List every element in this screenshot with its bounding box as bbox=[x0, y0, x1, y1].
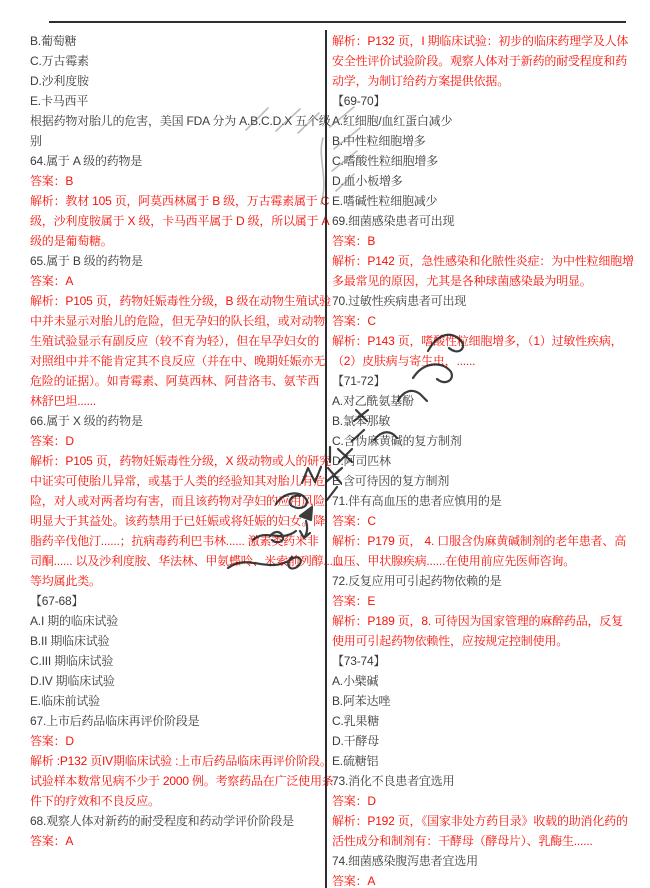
option-line: A.小檗碱 bbox=[332, 671, 644, 691]
option-line: E.卡马西平 bbox=[30, 91, 324, 111]
option-line: A.红细胞/血红蛋白减少 bbox=[332, 111, 644, 131]
answer-line: 答案：E bbox=[332, 591, 644, 611]
option-line: A.对乙酰氨基酚 bbox=[332, 391, 644, 411]
answer-line: 答案：A bbox=[30, 271, 324, 291]
question-line: 65.属于 B 级的药物是 bbox=[30, 251, 324, 271]
analysis-line: 件下的疗效和不良反应。 bbox=[30, 791, 324, 811]
option-line: B.氯苯那敏 bbox=[332, 411, 644, 431]
analysis-line: 动学，为制订给药方案提供依据。 bbox=[332, 71, 644, 91]
option-line: D.IV 期临床试验 bbox=[30, 671, 324, 691]
analysis-line: 安全性评价试验阶段。观察人体对于新药的耐受程度和药 bbox=[332, 51, 644, 71]
analysis-line: 司酮...... 以及沙利度胺、华法林、甲氨蝶呤、米索前列醇...... bbox=[30, 551, 324, 571]
question-line: 69.细菌感染患者可出现 bbox=[332, 211, 644, 231]
analysis-line: 脂药辛伐他汀......；抗病毒药利巴韦林...... 激素类药米非 bbox=[30, 531, 324, 551]
analysis-line: 对照组中并不能肯定其不良反应（并在中、晚期妊娠亦无 bbox=[30, 351, 324, 371]
analysis-line: 险，对人或对两者均有害，而且该药物对孕妇的应用风险 bbox=[30, 491, 324, 511]
answer-line: 答案：B bbox=[332, 231, 644, 251]
analysis-line: 解析：P105 页，药物妊娠毒性分级，X 级动物或人的研究 bbox=[30, 451, 324, 471]
analysis-line: 解析：P192 页，《国家非处方药目录》收载的助消化药的 bbox=[332, 811, 644, 831]
analysis-line: 解析：P132 页，I 期临床试验：初步的临床药理学及人体 bbox=[332, 31, 644, 51]
question-line: 68.观察人体对新药的耐受程度和药动学评价阶段是 bbox=[30, 811, 324, 831]
question-line: 73.消化不良患者宜选用 bbox=[332, 771, 644, 791]
analysis-line: 中证实可使胎儿异常，或基于人类的经验知其对胎儿有危 bbox=[30, 471, 324, 491]
group-line: 【67-68】 bbox=[30, 591, 324, 611]
question-line: 70.过敏性疾病患者可出现 bbox=[332, 291, 644, 311]
group-line: 【71-72】 bbox=[332, 371, 644, 391]
analysis-line: 多最常见的原因，尤其是各种球菌感染最为明显。 bbox=[332, 271, 644, 291]
option-line: D.干酵母 bbox=[332, 731, 644, 751]
option-line: D.沙利度胺 bbox=[30, 71, 324, 91]
answer-line: 答案：D bbox=[30, 431, 324, 451]
analysis-line: 使用可引起药物依赖性，应按规定控制使用。 bbox=[332, 631, 644, 651]
column-divider bbox=[325, 30, 327, 888]
analysis-line: 血压、甲状腺疾病......在使用前应先医师咨询。 bbox=[332, 551, 644, 571]
page-top-rule bbox=[49, 21, 626, 23]
analysis-line: 解析：P189 页，8. 可待因为国家管理的麻醉药品，反复 bbox=[332, 611, 644, 631]
answer-line: 答案：D bbox=[30, 731, 324, 751]
option-line: E.临床前试验 bbox=[30, 691, 324, 711]
analysis-line: 解析：P143 页，嗜酸性粒细胞增多，（1）过敏性疾病， bbox=[332, 331, 644, 351]
analysis-line: 级，沙利度胺属于 X 级，卡马西平属于 D 级，所以属于 A bbox=[30, 211, 324, 231]
question-line: 67.上市后药品临床再评价阶段是 bbox=[30, 711, 324, 731]
option-line: E.嗜碱性粒细胞减少 bbox=[332, 191, 644, 211]
question-line: 74.细菌感染腹泻患者宜选用 bbox=[332, 851, 644, 871]
stem-line: 别 bbox=[30, 131, 324, 151]
left-column: B.葡萄糖C.万古霉素D.沙利度胺E.卡马西平根据药物对胎儿的危害，美国 FDA… bbox=[30, 31, 324, 851]
option-line: B.中性粒细胞增多 bbox=[332, 131, 644, 151]
analysis-line: 林舒巴坦...... bbox=[30, 391, 324, 411]
option-line: B.阿苯达唑 bbox=[332, 691, 644, 711]
stem-line: 根据药物对胎儿的危害，美国 FDA 分为 A.B.C.D.X 五个级 bbox=[30, 111, 324, 131]
option-line: D.血小板增多 bbox=[332, 171, 644, 191]
option-line: D.阿司匹林 bbox=[332, 451, 644, 471]
analysis-line: （2）皮肤病与寄生虫，...... bbox=[332, 351, 644, 371]
group-line: 【73-74】 bbox=[332, 651, 644, 671]
analysis-line: 明显大于其益处。该药禁用于已妊娠或将妊娠的妇女。降 bbox=[30, 511, 324, 531]
analysis-line: 生殖试验显示有副反应（较不育为轻），但在早孕妇女的 bbox=[30, 331, 324, 351]
option-line: A.I 期的临床试验 bbox=[30, 611, 324, 631]
analysis-line: 活性成分和制剂有：干酵母（酵母片）、乳酶生...... bbox=[332, 831, 644, 851]
option-line: B.II 期临床试验 bbox=[30, 631, 324, 651]
answer-line: 答案：A bbox=[30, 831, 324, 851]
analysis-line: 等均属此类。 bbox=[30, 571, 324, 591]
answer-line: 答案：A bbox=[332, 871, 644, 888]
option-line: B.葡萄糖 bbox=[30, 31, 324, 51]
right-column: 解析：P132 页，I 期临床试验：初步的临床药理学及人体安全性评价试验阶段。观… bbox=[332, 31, 644, 888]
answer-line: 答案：C bbox=[332, 311, 644, 331]
answer-line: 答案：B bbox=[30, 171, 324, 191]
option-line: C.万古霉素 bbox=[30, 51, 324, 71]
group-line: 【69-70】 bbox=[332, 91, 644, 111]
question-line: 64.属于 A 级的药物是 bbox=[30, 151, 324, 171]
option-line: C.III 期临床试验 bbox=[30, 651, 324, 671]
option-line: E.含可待因的复方制剂 bbox=[332, 471, 644, 491]
question-line: 72.反复应用可引起药物依赖的是 bbox=[332, 571, 644, 591]
option-line: C.嗜酸性粒细胞增多 bbox=[332, 151, 644, 171]
option-line: E.硫糖铝 bbox=[332, 751, 644, 771]
analysis-line: 危险的证据）。如青霉素、阿莫西林、阿昔洛韦、氨苄西 bbox=[30, 371, 324, 391]
question-line: 71.伴有高血压的患者应慎用的是 bbox=[332, 491, 644, 511]
answer-line: 答案：D bbox=[332, 791, 644, 811]
option-line: C.含伪麻黄碱的复方制剂 bbox=[332, 431, 644, 451]
analysis-line: 级的是葡萄糖。 bbox=[30, 231, 324, 251]
analysis-line: 解析 :P132 页IV期临床试验 :上市后药品临床再评价阶段。 bbox=[30, 751, 324, 771]
analysis-line: 试验样本数常见病不少于 2000 例。考察药品在广泛使用条 bbox=[30, 771, 324, 791]
analysis-line: 解析：教材 105 页，阿莫西林属于 B 级，万古霉素属于 C bbox=[30, 191, 324, 211]
analysis-line: 解析：P105 页，药物妊娠毒性分级，B 级在动物生殖试验 bbox=[30, 291, 324, 311]
analysis-line: 解析：P179 页， 4. 口服含伪麻黄碱制剂的老年患者、高 bbox=[332, 531, 644, 551]
analysis-line: 解析：P142 页，急性感染和化脓性炎症：为中性粒细胞增 bbox=[332, 251, 644, 271]
option-line: C.乳果糖 bbox=[332, 711, 644, 731]
answer-line: 答案：C bbox=[332, 511, 644, 531]
analysis-line: 中并未显示对胎儿的危险，但无孕妇的队长组，或对动物 bbox=[30, 311, 324, 331]
question-line: 66.属于 X 级的药物是 bbox=[30, 411, 324, 431]
